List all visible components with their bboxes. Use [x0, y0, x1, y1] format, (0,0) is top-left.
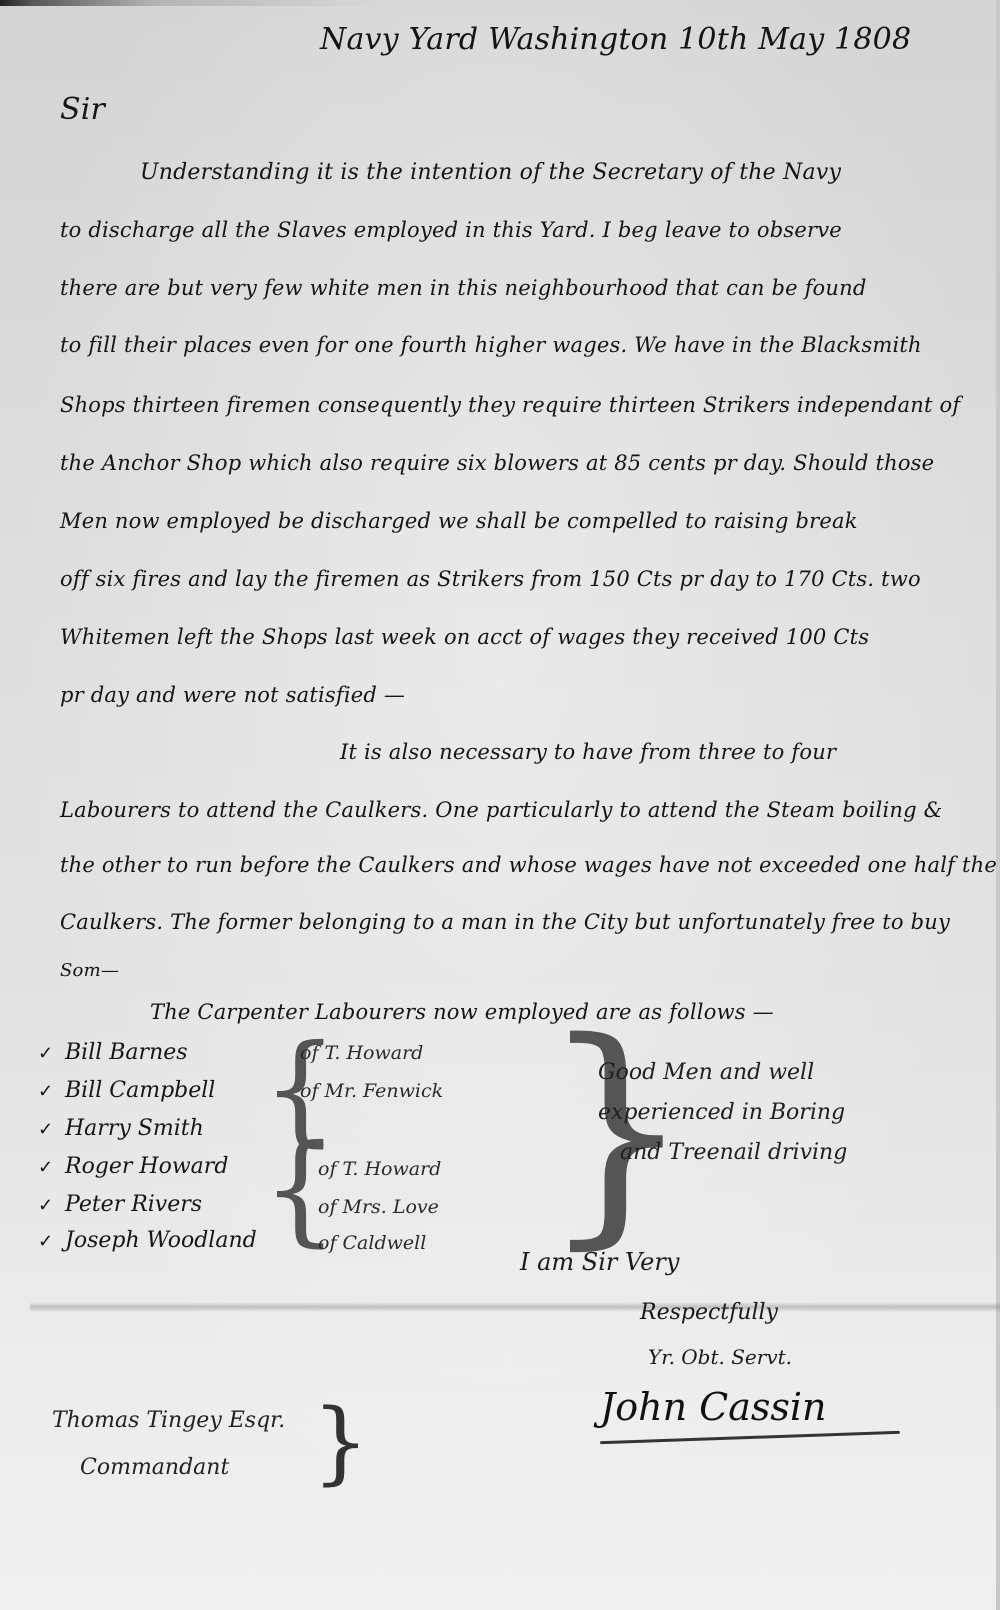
addressee-name: Thomas Tingey Esqr.	[52, 1408, 285, 1433]
body-line: there are but very few white men in this…	[60, 276, 867, 300]
addressee-brace-icon: }	[312, 1390, 369, 1495]
closing-line: Respectfully	[640, 1300, 778, 1325]
laborer-row: ✓ Roger Howard	[38, 1154, 228, 1179]
body-line: off six fires and lay the firemen as Str…	[60, 567, 921, 591]
addressee-title: Commandant	[80, 1455, 229, 1480]
laborer-row: ✓ Harry Smith	[38, 1116, 204, 1141]
laborer-name: Bill Barnes	[65, 1040, 188, 1065]
checkmark-icon: ✓	[38, 1157, 58, 1178]
body-line: Whitemen left the Shops last week on acc…	[60, 625, 869, 649]
checkmark-icon: ✓	[38, 1043, 58, 1064]
owner-label: of Mr. Fenwick	[300, 1080, 443, 1102]
owner-label: of Mrs. Love	[318, 1196, 439, 1218]
body-line: Shops thirteen firemen consequently they…	[60, 393, 960, 417]
body-line: Men now employed be discharged we shall …	[60, 509, 858, 533]
body-line: It is also necessary to have from three …	[340, 740, 836, 764]
signature: John Cassin	[600, 1385, 827, 1429]
laborer-name: Harry Smith	[65, 1116, 204, 1141]
laborer-row: ✓ Bill Barnes	[38, 1040, 188, 1065]
laborer-row: ✓ Peter Rivers	[38, 1192, 202, 1217]
body-line: the Anchor Shop which also require six b…	[60, 451, 934, 475]
paper-fold-line	[30, 1302, 1000, 1312]
laborer-row: ✓ Bill Campbell	[38, 1078, 215, 1103]
remark-line: experienced in Boring	[598, 1100, 845, 1125]
laborer-name: Peter Rivers	[65, 1192, 202, 1217]
owner-label: of T. Howard	[318, 1158, 441, 1180]
body-line: to discharge all the Slaves employed in …	[60, 218, 842, 242]
remark-line: Good Men and well	[598, 1060, 814, 1085]
body-line: Labourers to attend the Caulkers. One pa…	[60, 798, 943, 822]
body-line: to fill their places even for one fourth…	[60, 333, 922, 357]
signature-flourish	[600, 1431, 900, 1444]
laborer-row: ✓ Joseph Woodland	[38, 1228, 257, 1253]
body-line: Som—	[60, 960, 119, 981]
dateline: Navy Yard Washington 10th May 1808	[320, 22, 911, 57]
scan-right-edge	[996, 0, 1000, 1610]
scan-edge-shadow	[0, 0, 380, 6]
checkmark-icon: ✓	[38, 1119, 58, 1140]
body-line: Caulkers. The former belonging to a man …	[60, 910, 950, 934]
checkmark-icon: ✓	[38, 1231, 58, 1252]
letter-page: Navy Yard Washington 10th May 1808 Sir U…	[0, 0, 1000, 1610]
body-line: pr day and were not satisfied —	[60, 683, 405, 707]
closing-line: Yr. Obt. Servt.	[648, 1345, 792, 1369]
laborer-name: Bill Campbell	[65, 1078, 215, 1103]
closing-line: I am Sir Very	[520, 1248, 679, 1276]
owner-label: of T. Howard	[300, 1042, 423, 1064]
laborer-name: Roger Howard	[65, 1154, 228, 1179]
salutation: Sir	[60, 92, 105, 127]
laborer-name: Joseph Woodland	[65, 1228, 257, 1253]
remark-line: and Treenail driving	[620, 1140, 847, 1165]
checkmark-icon: ✓	[38, 1195, 58, 1216]
checkmark-icon: ✓	[38, 1081, 58, 1102]
right-brace-icon: }	[540, 1010, 693, 1250]
body-line: Understanding it is the intention of the…	[140, 160, 841, 185]
owner-label: of Caldwell	[318, 1232, 426, 1254]
body-line: the other to run before the Caulkers and…	[60, 853, 997, 877]
